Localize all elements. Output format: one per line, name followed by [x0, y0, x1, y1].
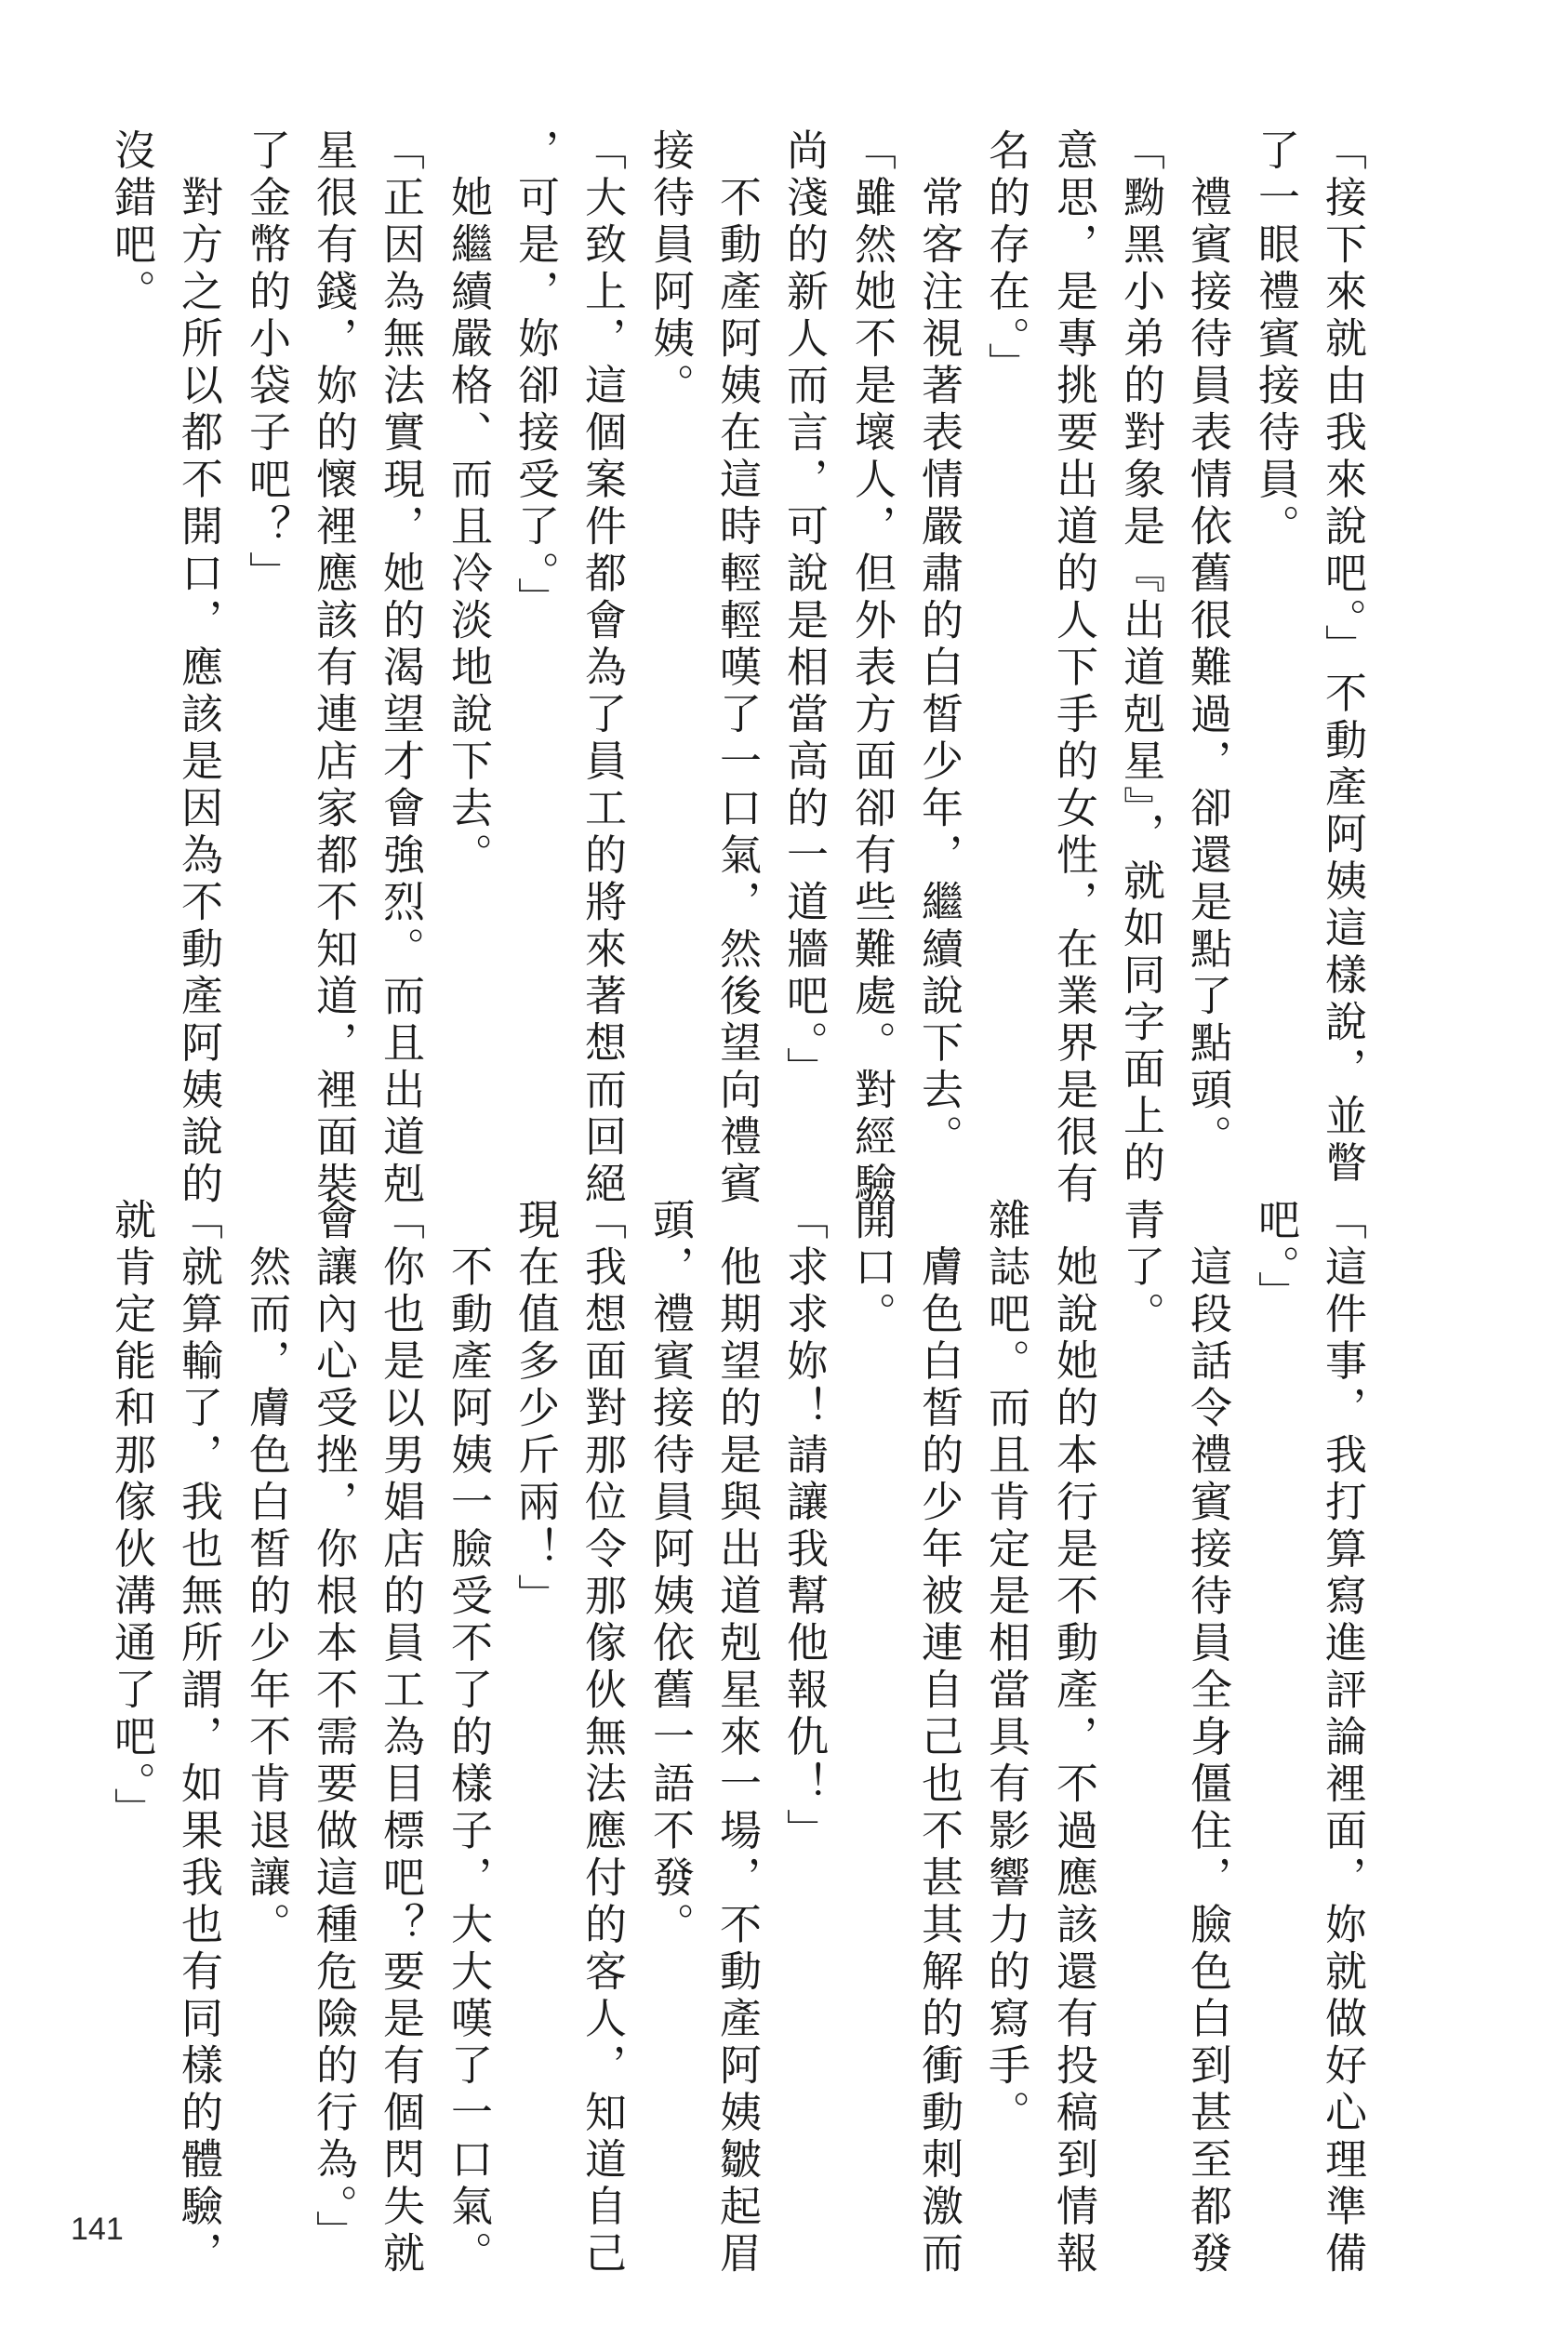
text-column: 「大致上，這個案件都會為了員工的將來著想而回絕	[576, 128, 628, 1086]
text-column: 沒錯吧。	[105, 128, 157, 1086]
text-column: 對方之所以都不開口，應該是因為不動產阿姨說的	[172, 128, 224, 1086]
text-block-top: 「接下來就由我來說吧。」不動產阿姨這樣說，並瞥 了一眼禮賓接待員。 禮賓接待員表…	[0, 128, 1568, 1077]
text-column: 現在值多少斤兩！」	[509, 1198, 561, 2156]
text-column: 了金幣的小袋子吧？」	[240, 128, 292, 1086]
text-column: 「接下來就由我來說吧。」不動產阿姨這樣說，並瞥	[1316, 128, 1368, 1086]
text-column: 「雖然她不是壞人，但外表方面卻有些難處。對經驗	[845, 128, 897, 1086]
book-page: 「接下來就由我來說吧。」不動產阿姨這樣說，並瞥 了一眼禮賓接待員。 禮賓接待員表…	[0, 0, 1568, 2325]
text-column: 「你也是以男娼店的員工為目標吧？要是有個閃失就	[374, 1198, 426, 2156]
text-column: 「求求妳！請讓我幫他報仇！」	[777, 1198, 830, 2156]
text-column: 「正因為無法實現，她的渴望才會強烈。而且出道剋	[374, 128, 426, 1086]
text-column: 接待員阿姨。	[644, 128, 696, 1086]
text-column: 會讓內心受挫，你根本不需要做這種危險的行為。」	[307, 1198, 359, 2156]
text-column: 意思，是專挑要出道的人下手的女性，在業界是很有	[1047, 128, 1099, 1086]
text-column: 這段話令禮賓接待員全身僵住，臉色白到甚至都發	[1181, 1198, 1233, 2156]
text-column: 就肯定能和那傢伙溝通了吧。」	[105, 1198, 157, 2156]
text-column: 「這件事，我打算寫進評論裡面，妳就做好心理準備	[1316, 1198, 1368, 2156]
text-column: 星很有錢，妳的懷裡應該有連店家都不知道，裡面裝	[307, 128, 359, 1086]
text-column: 名的存在。」	[979, 128, 1031, 1086]
text-column: 開口。	[845, 1198, 897, 2156]
text-column: 她繼續嚴格、而且冷淡地說下去。	[442, 128, 494, 1086]
text-column: 然而，膚色白皙的少年不肯退讓。	[240, 1198, 292, 2156]
text-column: 她說她的本行是不動產，不過應該還有投稿到情報	[1047, 1198, 1099, 2156]
text-column: 「就算輸了，我也無所謂，如果我也有同樣的體驗，	[172, 1198, 224, 2156]
text-column: 頭，禮賓接待員阿姨依舊一語不發。	[644, 1198, 696, 2156]
text-block-bottom: 「這件事，我打算寫進評論裡面，妳就做好心理準備 吧。」 這段話令禮賓接待員全身僵…	[0, 1198, 1568, 2156]
text-column: 雜誌吧。而且肯定是相當具有影響力的寫手。	[979, 1198, 1031, 2156]
text-column: ，可是，妳卻接受了。」	[509, 128, 561, 1086]
text-column: 禮賓接待員表情依舊很難過，卻還是點了點頭。	[1181, 128, 1233, 1086]
text-column: 常客注視著表情嚴肅的白皙少年，繼續說下去。	[912, 128, 964, 1086]
text-column: 「我想面對那位令那傢伙無法應付的客人，知道自己	[576, 1198, 628, 2156]
text-column: 尚淺的新人而言，可說是相當高的一道牆吧。」	[777, 128, 830, 1086]
text-column: 不動產阿姨一臉受不了的樣子，大大嘆了一口氣。	[442, 1198, 494, 2156]
text-column: 了一眼禮賓接待員。	[1249, 128, 1301, 1086]
text-column: 他期望的是與出道剋星來一場，不動產阿姨皺起眉	[711, 1198, 763, 2156]
text-column: 膚色白皙的少年被連自己也不甚其解的衝動刺激而	[912, 1198, 964, 2156]
page-number: 141	[71, 2212, 124, 2248]
text-column: 青了。	[1114, 1198, 1166, 2156]
text-column: 不動產阿姨在這時輕輕嘆了一口氣，然後望向禮賓	[711, 128, 763, 1086]
text-column: 吧。」	[1249, 1198, 1301, 2156]
text-column: 「黝黑小弟的對象是『出道剋星』，就如同字面上的	[1114, 128, 1166, 1086]
